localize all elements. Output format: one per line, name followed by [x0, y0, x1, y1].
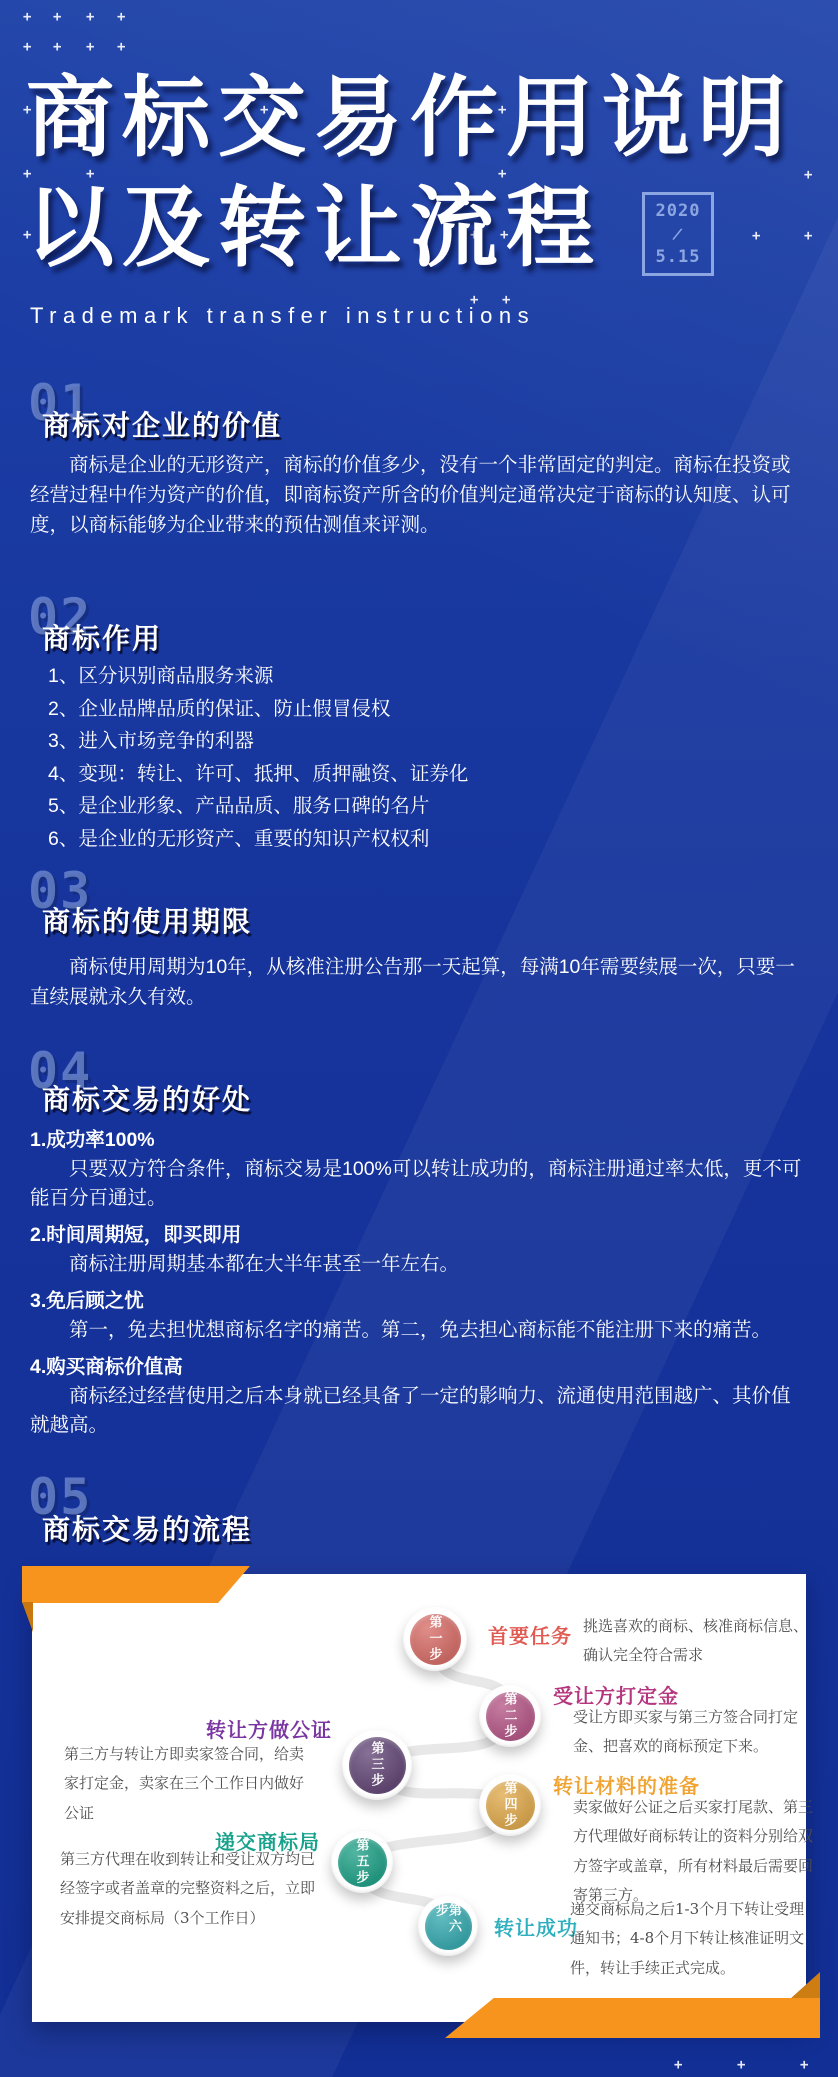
- page-title-line1: 商标交易作用说明: [26, 62, 794, 172]
- benefit-desc: 只要双方符合条件，商标交易是100%可以转让成功的，商标注册通过率太低，更不可能…: [30, 1155, 808, 1213]
- section-4-heading: 商标交易的好处: [42, 1078, 252, 1118]
- section-3-body: 商标使用周期为10年，从核准注册公告那一天起算，每满10年需要续展一次，只要一直…: [30, 952, 808, 1012]
- list-item: 4、变现：转让、许可、抵押、质押融资、证券化: [48, 758, 826, 791]
- step-1-badge: 第一步: [429, 1615, 442, 1663]
- section-5-heading: 商标交易的流程: [42, 1508, 252, 1548]
- step-1-label: 首要任务: [488, 1620, 572, 1649]
- benefit-desc: 商标经过经营使用之后本身就已经具备了一定的影响力、流通使用范围越广、其价值就越高…: [30, 1382, 808, 1440]
- step-5-inner-circle: 第五步: [338, 1838, 387, 1887]
- benefit-item: 2.时间周期短，即买即用 商标注册周期基本都在大半年甚至一年左右。: [30, 1221, 808, 1279]
- date-day: 5.15: [647, 247, 709, 267]
- step-6-label: 转让成功: [494, 1912, 578, 1941]
- step-3-circle: 第三步: [342, 1730, 412, 1800]
- list-item: 6、是企业的无形资产、重要的知识产权权利: [48, 823, 826, 856]
- step-4-badge: 第四步: [504, 1781, 517, 1829]
- plus-icon: +: [53, 10, 61, 24]
- section-3-heading: 商标的使用期限: [42, 900, 252, 940]
- benefit-item: 3.免后顾之忧 第一，免去担忧想商标名字的痛苦。第二，免去担心商标能不能注册下来…: [30, 1287, 808, 1345]
- step-3-desc: 第三方与转让方即卖家签合同，给卖家打定金，卖家在三个工作日内做好公证: [64, 1740, 316, 1828]
- step-4-desc: 卖家做好公证之后买家打尾款、第三方代理做好商标转让的资料分别给双方签字或盖章，所…: [573, 1793, 813, 1910]
- plus-icon: +: [86, 40, 94, 54]
- step-5-desc: 第三方代理在收到转让和受让双方均已经签字或者盖章的完整资料之后，立即安排提交商标…: [60, 1845, 318, 1933]
- benefit-item: 1.成功率100% 只要双方符合条件，商标交易是100%可以转让成功的，商标注册…: [30, 1126, 808, 1213]
- plus-icon: +: [804, 168, 812, 182]
- orange-ribbon-top: [22, 1566, 250, 1603]
- step-6-circle: 第六步: [418, 1896, 478, 1956]
- plus-icon: +: [23, 40, 31, 54]
- benefit-title: 1.成功率100%: [30, 1126, 808, 1155]
- step-6-desc: 递交商标局之后1-3个月下转让受理通知书；4-8个月下转让核准证明文件，转让手续…: [570, 1895, 814, 1983]
- benefit-title: 3.免后顾之忧: [30, 1287, 808, 1316]
- plus-icon: +: [674, 2058, 682, 2072]
- list-item: 1、区分识别商品服务来源: [48, 660, 826, 693]
- step-5-badge: 第五步: [356, 1838, 369, 1886]
- page-subtitle: Trademark transfer instructions: [30, 303, 535, 329]
- list-item: 3、进入市场竞争的利器: [48, 725, 826, 758]
- step-4-inner-circle: 第四步: [486, 1781, 535, 1830]
- benefit-title: 4.购买商标价值高: [30, 1353, 808, 1382]
- step-6-badge: 第六步: [435, 1903, 461, 1950]
- plus-icon: +: [86, 10, 94, 24]
- step-1-inner-circle: 第一步: [410, 1614, 461, 1665]
- step-1-desc: 挑选喜欢的商标、核准商标信息、确认完全符合需求: [583, 1612, 815, 1671]
- section-1-body: 商标是企业的无形资产，商标的价值多少，没有一个非常固定的判定。商标在投资或经营过…: [30, 450, 808, 540]
- step-3-inner-circle: 第三步: [349, 1737, 406, 1794]
- plus-icon: +: [804, 229, 812, 243]
- plus-icon: +: [53, 40, 61, 54]
- list-item: 2、企业品牌品质的保证、防止假冒侵权: [48, 693, 826, 726]
- benefit-desc: 商标注册周期基本都在大半年甚至一年左右。: [30, 1250, 808, 1279]
- step-3-badge: 第三步: [371, 1741, 384, 1789]
- step-1-circle: 第一步: [403, 1607, 467, 1671]
- plus-icon: +: [737, 2058, 745, 2072]
- orange-ribbon-bottom: [445, 1998, 820, 2038]
- plus-icon: +: [23, 10, 31, 24]
- benefit-desc: 第一，免去担忧想商标名字的痛苦。第二，免去担心商标能不能注册下来的痛苦。: [30, 1316, 808, 1345]
- benefit-title: 2.时间周期短，即买即用: [30, 1221, 808, 1250]
- section-1-heading: 商标对企业的价值: [42, 404, 282, 444]
- step-6-inner-circle: 第六步: [425, 1903, 472, 1950]
- plus-icon: +: [117, 40, 125, 54]
- step-3-label: 转让方做公证: [32, 1714, 332, 1743]
- step-2-inner-circle: 第二步: [486, 1692, 535, 1741]
- date-badge: 2020 / 5.15: [642, 192, 714, 276]
- date-year: 2020: [647, 201, 709, 221]
- plus-icon: +: [117, 10, 125, 24]
- benefits-list: 1.成功率100% 只要双方符合条件，商标交易是100%可以转让成功的，商标注册…: [30, 1126, 808, 1448]
- list-item: 5、是企业形象、产品品质、服务口碑的名片: [48, 790, 826, 823]
- benefit-item: 4.购买商标价值高 商标经过经营使用之后本身就已经具备了一定的影响力、流通使用范…: [30, 1353, 808, 1440]
- trademark-uses-list: 1、区分识别商品服务来源 2、企业品牌品质的保证、防止假冒侵权 3、进入市场竞争…: [30, 660, 826, 855]
- step-2-badge: 第二步: [504, 1692, 517, 1740]
- step-4-circle: 第四步: [479, 1774, 541, 1836]
- step-2-circle: 第二步: [479, 1685, 541, 1747]
- step-5-circle: 第五步: [331, 1831, 393, 1893]
- orange-ribbon-fold: [22, 1602, 33, 1632]
- step-2-desc: 受让方即买家与第三方签合同打定金、把喜欢的商标预定下来。: [573, 1703, 813, 1762]
- plus-icon: +: [800, 2058, 808, 2072]
- date-slash: /: [646, 219, 710, 249]
- poster: ++++++++++++++++++++++++++++ 商标交易作用说明 以及…: [0, 0, 838, 2077]
- section-2-heading: 商标作用: [42, 617, 162, 657]
